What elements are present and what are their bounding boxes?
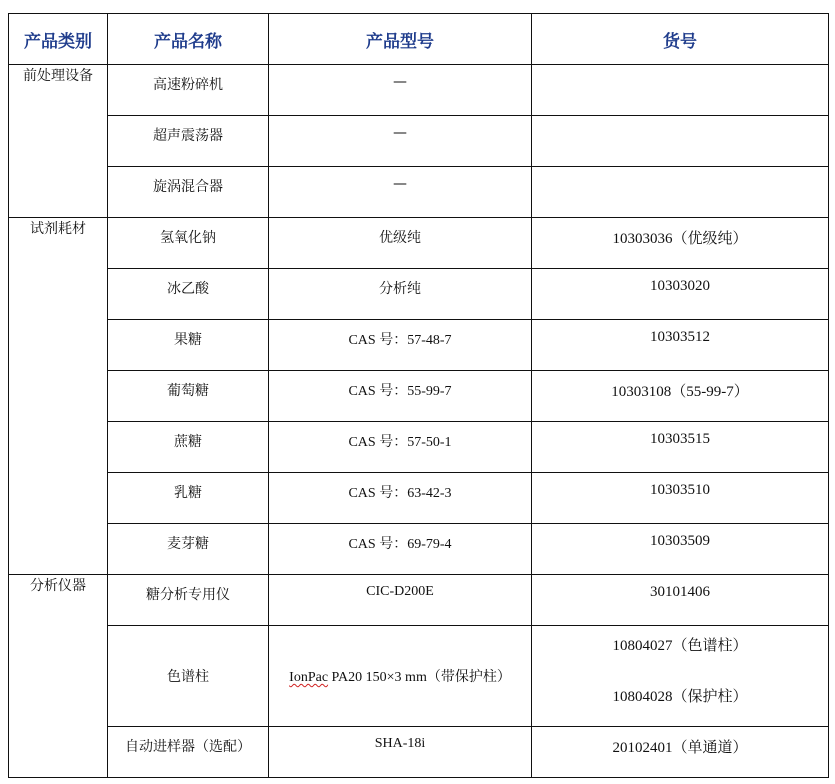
sku-cell [532, 116, 829, 167]
sku: 10303020 [532, 269, 828, 295]
product-name: 糖分析专用仪 [108, 575, 268, 604]
category-cell: 前处理设备 [9, 65, 108, 218]
product-name-cell: 冰乙酸 [108, 269, 269, 320]
product-name-cell: 果糖 [108, 320, 269, 371]
category-label: 前处理设备 [9, 65, 107, 85]
product-model-cell: CIC-D200E [269, 575, 532, 626]
product-name: 果糖 [108, 320, 268, 349]
product-name: 自动进样器（选配） [108, 727, 268, 756]
table-row: 蔗糖 CAS 号：57-50-1 10303515 [9, 422, 829, 473]
product-model-cell: 分析纯 [269, 269, 532, 320]
sku-line: 10804028（保护柱） [532, 655, 828, 706]
product-name-cell: 高速粉碎机 [108, 65, 269, 116]
product-name-cell: 糖分析专用仪 [108, 575, 269, 626]
product-model: CIC-D200E [269, 575, 531, 600]
product-model: 优级纯 [269, 218, 531, 247]
product-name: 氢氧化钠 [108, 218, 268, 247]
table-row: 葡萄糖 CAS 号：55-99-7 10303108（55-99-7） [9, 371, 829, 422]
product-model-cell: CAS 号：57-50-1 [269, 422, 532, 473]
header-category: 产品类别 [9, 14, 108, 65]
product-name-cell: 自动进样器（选配） [108, 727, 269, 778]
sku-cell: 30101406 [532, 575, 829, 626]
product-model: 分析纯 [269, 269, 531, 298]
table-row: 色谱柱 IonPac PA20 150×3 mm（带保护柱） 10804027（… [9, 626, 829, 727]
table-row: 乳糖 CAS 号：63-42-3 10303510 [9, 473, 829, 524]
header-sku: 货号 [532, 14, 829, 65]
header-product-name: 产品名称 [108, 14, 269, 65]
table-row: 试剂耗材 氢氧化钠 优级纯 10303036（优级纯） [9, 218, 829, 269]
product-name-cell: 氢氧化钠 [108, 218, 269, 269]
product-name-cell: 葡萄糖 [108, 371, 269, 422]
sku: 10303509 [532, 524, 828, 550]
product-model: CAS 号：57-50-1 [269, 422, 531, 451]
sku-cell: 10303512 [532, 320, 829, 371]
sku-cell: 10804027（色谱柱） 10804028（保护柱） [532, 626, 829, 727]
product-name: 高速粉碎机 [108, 65, 268, 94]
header-product-model: 产品型号 [269, 14, 532, 65]
table-row: 麦芽糖 CAS 号：69-79-4 10303509 [9, 524, 829, 575]
product-model: — [269, 65, 531, 90]
table-row: 果糖 CAS 号：57-48-7 10303512 [9, 320, 829, 371]
sku: 20102401（单通道） [532, 727, 828, 757]
sku: 10303510 [532, 473, 828, 499]
product-model-cell: 优级纯 [269, 218, 532, 269]
product-model: — [269, 116, 531, 141]
product-model: SHA-18i [269, 727, 531, 752]
product-model-cell: CAS 号：55-99-7 [269, 371, 532, 422]
product-name-cell: 蔗糖 [108, 422, 269, 473]
product-name: 乳糖 [108, 473, 268, 502]
sku: 30101406 [532, 575, 828, 601]
product-table: 产品类别 产品名称 产品型号 货号 前处理设备 高速粉碎机 — 超声震荡器 — … [8, 13, 829, 778]
product-name: 麦芽糖 [108, 524, 268, 553]
product-name: 冰乙酸 [108, 269, 268, 298]
product-model: — [269, 167, 531, 192]
sku-cell: 10303020 [532, 269, 829, 320]
table-row: 前处理设备 高速粉碎机 — [9, 65, 829, 116]
category-cell: 试剂耗材 [9, 218, 108, 575]
product-name-cell: 超声震荡器 [108, 116, 269, 167]
product-model: CAS 号：69-79-4 [269, 524, 531, 553]
sku-cell: 10303108（55-99-7） [532, 371, 829, 422]
product-model: CAS 号：55-99-7 [269, 371, 531, 400]
sku: 10303515 [532, 422, 828, 448]
product-model-cell: — [269, 116, 532, 167]
product-model-cell: — [269, 65, 532, 116]
table-row: 分析仪器 糖分析专用仪 CIC-D200E 30101406 [9, 575, 829, 626]
product-name: 葡萄糖 [108, 371, 268, 400]
sku [532, 116, 828, 125]
header-row: 产品类别 产品名称 产品型号 货号 [9, 14, 829, 65]
sku-line: 10804027（色谱柱） [532, 626, 828, 655]
product-name-cell: 旋涡混合器 [108, 167, 269, 218]
sku-cell [532, 167, 829, 218]
product-name: 旋涡混合器 [108, 167, 268, 196]
category-label: 分析仪器 [9, 575, 107, 595]
product-model-cell: CAS 号：69-79-4 [269, 524, 532, 575]
category-label: 试剂耗材 [9, 218, 107, 238]
product-name: 色谱柱 [108, 666, 268, 686]
sku [532, 65, 828, 74]
sku-cell: 10303509 [532, 524, 829, 575]
sku-cell: 10303515 [532, 422, 829, 473]
product-model-cell: — [269, 167, 532, 218]
sku: 10303512 [532, 320, 828, 346]
table-row: 冰乙酸 分析纯 10303020 [9, 269, 829, 320]
product-model: CAS 号：63-42-3 [269, 473, 531, 502]
table-row: 旋涡混合器 — [9, 167, 829, 218]
product-model-cell: SHA-18i [269, 727, 532, 778]
sku-cell: 20102401（单通道） [532, 727, 829, 778]
product-model-cell: CAS 号：63-42-3 [269, 473, 532, 524]
sku [532, 167, 828, 176]
product-name-cell: 麦芽糖 [108, 524, 269, 575]
product-model-cell: IonPac PA20 150×3 mm（带保护柱） [269, 626, 532, 727]
product-name: 超声震荡器 [108, 116, 268, 145]
product-model: CAS 号：57-48-7 [269, 320, 531, 349]
product-name-cell: 色谱柱 [108, 626, 269, 727]
sku-cell: 10303510 [532, 473, 829, 524]
spellcheck-underline: IonPac [289, 670, 328, 685]
table-row: 自动进样器（选配） SHA-18i 20102401（单通道） [9, 727, 829, 778]
product-model: IonPac PA20 150×3 mm（带保护柱） [269, 666, 531, 686]
product-name: 蔗糖 [108, 422, 268, 451]
sku-cell [532, 65, 829, 116]
table-row: 超声震荡器 — [9, 116, 829, 167]
sku-cell: 10303036（优级纯） [532, 218, 829, 269]
category-cell: 分析仪器 [9, 575, 108, 778]
product-model-rest: PA20 150×3 mm（带保护柱） [328, 670, 511, 685]
sku: 10303036（优级纯） [532, 218, 828, 248]
product-model-cell: CAS 号：57-48-7 [269, 320, 532, 371]
sku: 10303108（55-99-7） [532, 371, 828, 401]
product-name-cell: 乳糖 [108, 473, 269, 524]
